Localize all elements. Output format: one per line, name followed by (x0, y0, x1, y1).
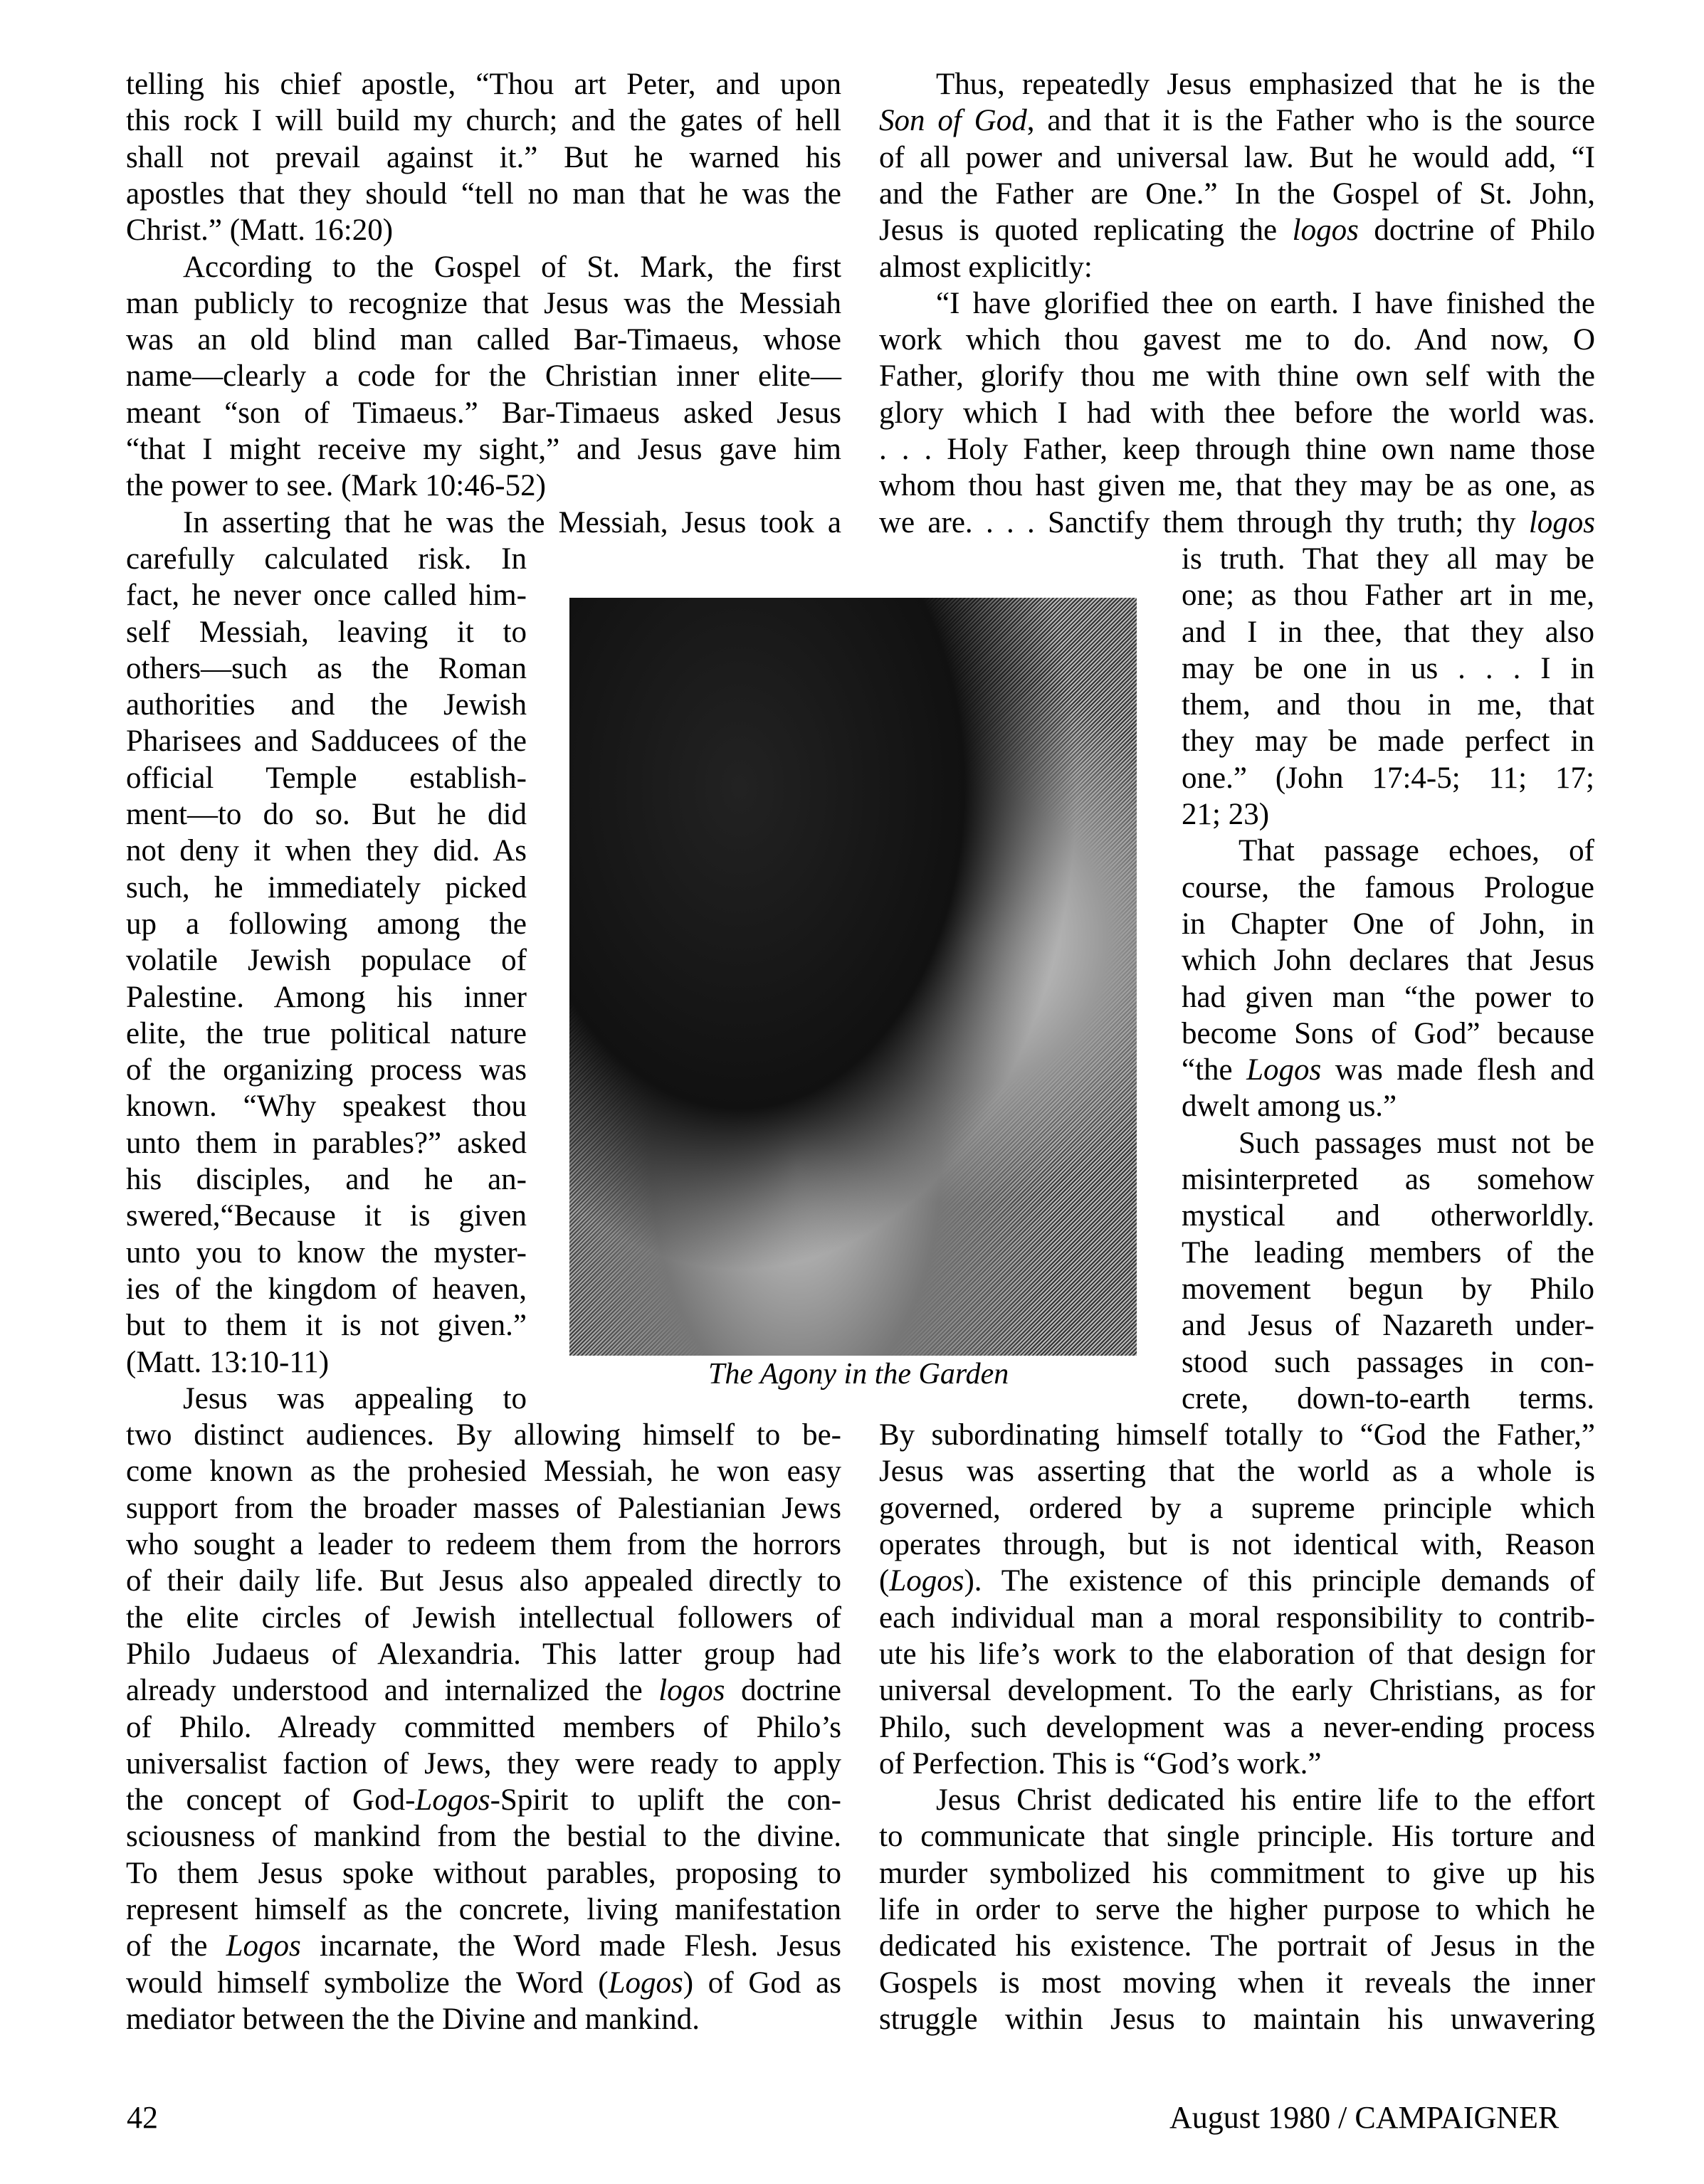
text-line: life in order to serve the higher purpos… (879, 1892, 1595, 1929)
text-line: Such passages must not be (1182, 1125, 1594, 1162)
text-line: apostles that they should “tell no man t… (126, 176, 841, 213)
text-line: According to the Gospel of St. Mark, the… (126, 249, 841, 286)
text-line: two distinct audiences. By allowing hims… (126, 1417, 841, 1454)
text-line: and I in thee, that they also (1182, 614, 1594, 651)
text-line: one; as thou Father art in me, (1182, 577, 1594, 614)
text-line: ment—to do so. But he did (126, 796, 527, 833)
text-line: unto you to know the myster- (126, 1235, 527, 1272)
text-line: may be one in us . . . I in (1182, 650, 1594, 687)
italic-term: Logos (415, 1783, 490, 1817)
text-line: and the Father are One.” In the Gospel o… (879, 176, 1595, 213)
text-line: “I have glorified thee on earth. I have … (879, 285, 1595, 322)
text-line: . . . Holy Father, keep through thine ow… (879, 431, 1595, 468)
text-line: telling his chief apostle, “Thou art Pet… (126, 66, 841, 103)
text-line: governed, ordered by a supreme principle… (879, 1490, 1595, 1527)
text-line: was an old blind man called Bar-Timaeus,… (126, 322, 841, 359)
engraving-image (569, 598, 1137, 1356)
text-line: to communicate that single principle. Hi… (879, 1818, 1595, 1855)
text-line: To them Jesus spoke without parables, pr… (126, 1855, 841, 1892)
italic-term: logos (1529, 506, 1595, 539)
text-line: mediator between the the Divine and mank… (126, 2001, 841, 2038)
text-line: struggle within Jesus to maintain his un… (879, 2001, 1595, 2038)
italic-term: Logos (226, 1929, 301, 1963)
italic-term: Son of God (879, 104, 1027, 137)
text-line: they may be made perfect in (1182, 723, 1594, 760)
text-line: Thus, repeatedly Jesus emphasized that h… (879, 66, 1595, 103)
text-line: known. “Why speakest thou (126, 1088, 527, 1125)
text-line: official Temple establish- (126, 760, 527, 797)
text-line: become Sons of God” because (1182, 1015, 1594, 1053)
text-line: universal development. To the early Chri… (879, 1672, 1595, 1709)
text-line: up a following among the (126, 906, 527, 943)
text-line: we are. . . . Sanctify them through thy … (879, 505, 1595, 542)
text-line: sciousness of mankind from the bestial t… (126, 1818, 841, 1855)
text-line: ute his life’s work to the elaboration o… (879, 1636, 1595, 1673)
text-line: Father, glorify thou me with thine own s… (879, 358, 1595, 395)
text-line: come known as the prohesied Messiah, he … (126, 1453, 841, 1490)
text-line: dwelt among us.” (1182, 1088, 1594, 1125)
text-line: the power to see. (Mark 10:46-52) (126, 468, 841, 505)
text-line: The leading members of the (1182, 1235, 1594, 1272)
text-line: authorities and the Jewish (126, 687, 527, 724)
text-line: (Matt. 13:10-11) (126, 1344, 527, 1381)
text-line: is truth. That they all may be (1182, 541, 1594, 578)
text-line: movement begun by Philo (1182, 1271, 1594, 1308)
text-line: of the Logos incarnate, the Word made Fl… (126, 1928, 841, 1965)
text-line: had given man “the power to (1182, 979, 1594, 1016)
text-line: who sought a leader to redeem them from … (126, 1526, 841, 1563)
text-line: dedicated his existence. The portrait of… (879, 1928, 1595, 1965)
italic-term: Logos (1246, 1053, 1321, 1087)
text-line: “that I might receive my sight,” and Jes… (126, 431, 841, 468)
text-line: ies of the kingdom of heaven, (126, 1271, 527, 1308)
text-line: carefully calculated risk. In (126, 541, 527, 578)
text-line: which John declares that Jesus (1182, 942, 1594, 979)
text-line: meant “son of Timaeus.” Bar-Timaeus aske… (126, 395, 841, 432)
text-line: fact, he never once called him- (126, 577, 527, 614)
text-line: 21; 23) (1182, 796, 1594, 833)
text-line: murder symbolized his commitment to give… (879, 1855, 1595, 1892)
text-line: this rock I will build my church; and th… (126, 102, 841, 139)
text-line: glory which I had with thee before the w… (879, 395, 1595, 432)
text-line: such, he immediately picked (126, 870, 527, 907)
page-number: 42 (127, 2099, 158, 2136)
text-line: but to them it is not given.” (126, 1307, 527, 1344)
text-line: Christ.” (Matt. 16:20) (126, 212, 841, 249)
text-line: of all power and universal law. But he w… (879, 139, 1595, 176)
text-line: Jesus was appealing to (126, 1381, 527, 1418)
text-line: universalist faction of Jews, they were … (126, 1746, 841, 1783)
text-line: Philo, such development was a never-endi… (879, 1709, 1595, 1746)
text-line: operates through, but is not identical w… (879, 1526, 1595, 1563)
figure-caption: The Agony in the Garden (708, 1356, 1009, 1393)
text-line: That passage echoes, of (1182, 833, 1594, 870)
text-line: Jesus was asserting that the world as a … (879, 1453, 1595, 1490)
figure (569, 598, 1137, 1356)
text-line: “the Logos was made flesh and (1182, 1052, 1594, 1089)
text-line: crete, down-to-earth terms. (1182, 1381, 1594, 1418)
text-line: the elite circles of Jewish intellectual… (126, 1600, 841, 1637)
text-line: would himself symbolize the Word (Logos)… (126, 1965, 841, 2002)
text-line: shall not prevail against it.” But he wa… (126, 139, 841, 176)
text-line: swered,“Because it is given (126, 1198, 527, 1235)
italic-term: logos (1293, 213, 1359, 247)
text-line: stood such passages in con- (1182, 1344, 1594, 1381)
text-line: support from the broader masses of Pales… (126, 1490, 841, 1527)
text-line: of Philo. Already committed members of P… (126, 1709, 841, 1746)
text-line: already understood and internalized the … (126, 1672, 841, 1709)
text-line: Palestine. Among his inner (126, 979, 527, 1016)
text-line: elite, the true political nature (126, 1015, 527, 1053)
text-line: represent himself as the concrete, livin… (126, 1892, 841, 1929)
running-footer: August 1980 / CAMPAIGNER (1169, 2099, 1559, 2136)
text-line: unto them in parables?” asked (126, 1125, 527, 1162)
text-line: them, and thou in me, that (1182, 687, 1594, 724)
text-line: others—such as the Roman (126, 650, 527, 687)
text-line: of Perfection. This is “God’s work.” (879, 1746, 1595, 1783)
text-line: Pharisees and Sadducees of the (126, 723, 527, 760)
text-line: misinterpreted as somehow (1182, 1161, 1594, 1198)
text-line: work which thou gavest me to do. And now… (879, 322, 1595, 359)
text-line: each individual man a moral responsibili… (879, 1600, 1595, 1637)
text-line: In asserting that he was the Messiah, Je… (126, 505, 841, 542)
text-line: By subordinating himself totally to “God… (879, 1417, 1595, 1454)
text-line: volatile Jewish populace of (126, 942, 527, 979)
magazine-page: telling his chief apostle, “Thou art Pet… (0, 0, 1704, 2184)
text-line: self Messiah, leaving it to (126, 614, 527, 651)
text-line: (Logos). The existence of this principle… (879, 1563, 1595, 1600)
text-line: not deny it when they did. As (126, 833, 527, 870)
text-line: name—clearly a code for the Christian in… (126, 358, 841, 395)
text-line: Jesus is quoted replicating the logos do… (879, 212, 1595, 249)
text-line: Jesus Christ dedicated his entire life t… (879, 1782, 1595, 1819)
italic-term: Logos (889, 1564, 964, 1598)
text-line: and Jesus of Nazareth under- (1182, 1307, 1594, 1344)
italic-term: Logos (609, 1966, 683, 2000)
text-line: Gospels is most moving when it reveals t… (879, 1965, 1595, 2002)
text-line: the concept of God-Logos-Spirit to uplif… (126, 1782, 841, 1819)
text-line: mystical and otherworldly. (1182, 1198, 1594, 1235)
text-line: Philo Judaeus of Alexandria. This latter… (126, 1636, 841, 1673)
text-line: Son of God, and that it is the Father wh… (879, 102, 1595, 139)
text-line: whom thou hast given me, that they may b… (879, 468, 1595, 505)
text-line: of their daily life. But Jesus also appe… (126, 1563, 841, 1600)
text-line: his disciples, and he an- (126, 1161, 527, 1198)
text-line: one.” (John 17:4-5; 11; 17; (1182, 760, 1594, 797)
text-line: almost explicitly: (879, 249, 1595, 286)
text-line: in Chapter One of John, in (1182, 906, 1594, 943)
italic-term: logos (658, 1674, 725, 1707)
text-line: of the organizing process was (126, 1052, 527, 1089)
text-line: man publicly to recognize that Jesus was… (126, 285, 841, 322)
text-line: course, the famous Prologue (1182, 870, 1594, 907)
